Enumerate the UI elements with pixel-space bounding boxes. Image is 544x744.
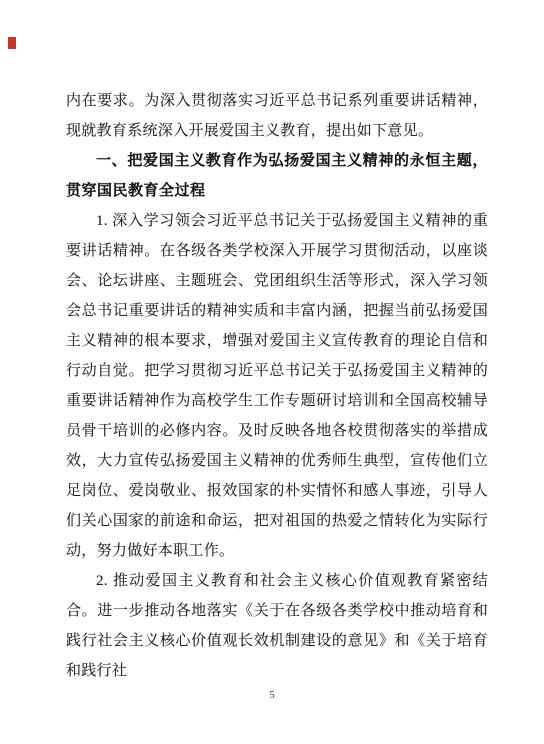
document-body: 内在要求。为深入贯彻落实习近平总书记系列重要讲话精神，现就教育系统深入开展爱国主… — [66, 86, 488, 686]
red-seal-mark-icon — [8, 37, 16, 49]
paragraph-body: 1. 深入学习领会习近平总书记关于弘扬爱国主义精神的重要讲话精神。在各级各类学校… — [66, 206, 488, 566]
paragraph-continuation: 内在要求。为深入贯彻落实习近平总书记系列重要讲话精神，现就教育系统深入开展爱国主… — [66, 86, 488, 146]
paragraph-heading: 一、把爱国主义教育作为弘扬爱国主义精神的永恒主题，贯穿国民教育全过程 — [66, 146, 488, 206]
paragraph-body: 2. 推动爱国主义教育和社会主义核心价值观教育紧密结合。进一步推动各地落实《关于… — [66, 566, 488, 686]
document-page: 内在要求。为深入贯彻落实习近平总书记系列重要讲话精神，现就教育系统深入开展爱国主… — [0, 0, 544, 744]
page-number: 5 — [0, 689, 544, 701]
